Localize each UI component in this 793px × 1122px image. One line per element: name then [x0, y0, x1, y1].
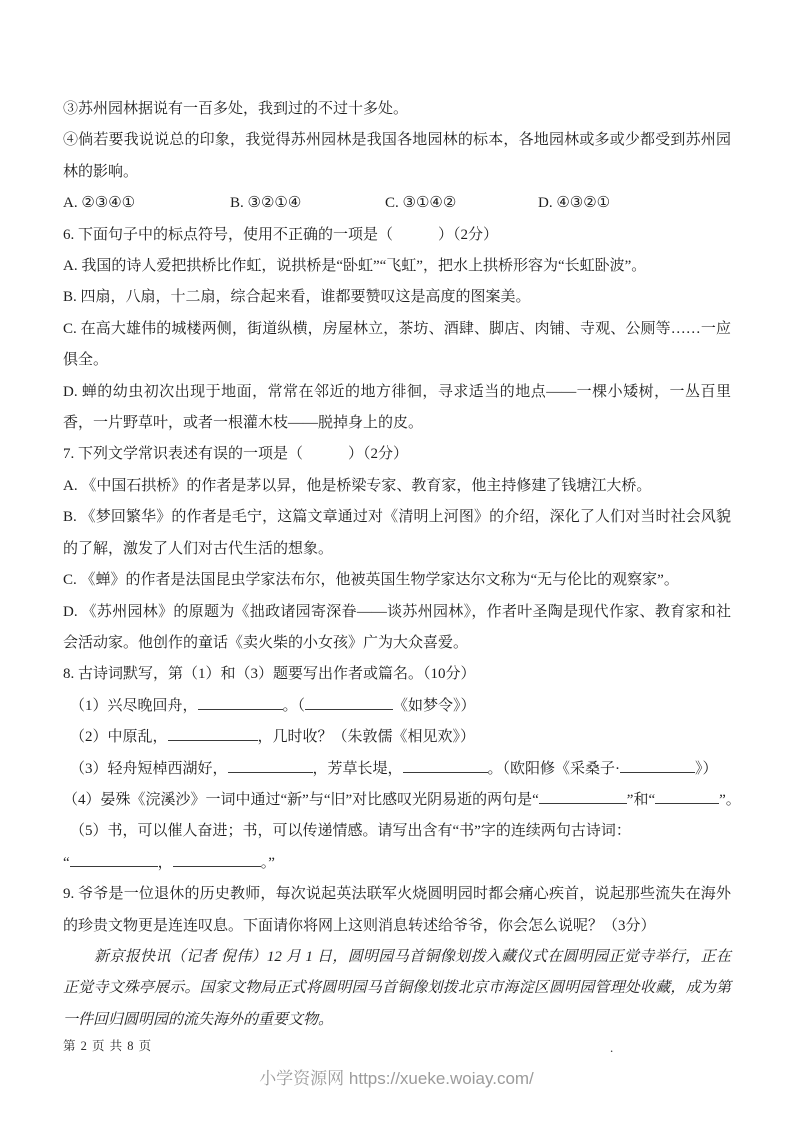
- answer-blank: [70, 851, 158, 867]
- text-run: （3）轻舟短棹西湖好，: [70, 761, 228, 777]
- text-run: D. 《苏州园林》的原题为《拙政诸园寄深眷——谈苏州园林》，作者叶圣陶是现代作家…: [63, 604, 731, 651]
- q6-stem: 6. 下面句子中的标点符号，使用不正确的一项是（ ）（2分）: [63, 220, 731, 251]
- text-run: ，几时收？（朱敦儒《相见欢》）: [258, 729, 476, 745]
- stray-dot-mark: .: [610, 1040, 613, 1056]
- q7-stem: 7. 下列文学常识表述有误的一项是（ ）（2分）: [63, 439, 731, 470]
- q8-item-4: （4）晏殊《浣溪沙》一词中通过“新”与“旧”对比感叹光阴易逝的两句是“”和“”。: [63, 785, 731, 816]
- text-run: ③苏州园林据说有一百多处，我到过的不过十多处。: [63, 101, 408, 117]
- q8-item-2: （2）中原乱，，几时收？（朱敦儒《相见欢》）: [63, 722, 731, 753]
- text-run: 《如梦令》）: [393, 698, 476, 714]
- q8-item-1: （1）兴尽晚回舟，。（《如梦令》）: [63, 691, 731, 722]
- text-run: 。（欧阳修《采桑子·: [488, 761, 621, 777]
- text-run: D. 蝉的幼虫初次出现于地面，常常在邻近的地方徘徊，寻求适当的地点——一棵小矮树…: [63, 384, 731, 431]
- q9-stem: 9. 爷爷是一位退休的历史教师，每次说起英法联军火烧圆明园时都会痛心疾首，说起那…: [63, 879, 731, 942]
- answer-blank: [403, 757, 488, 773]
- text-run: （4）晏殊《浣溪沙》一词中通过“新”与“旧”对比感叹光阴易逝的两句是“: [63, 792, 539, 808]
- text-run: B. 四扇，八扇，十二扇，综合起来看，谁都要赞叹这是高度的图案美。: [63, 289, 531, 305]
- text-run: 6. 下面句子中的标点符号，使用不正确的一项是（ ）（2分）: [63, 227, 498, 243]
- q7-option-c: C. 《蝉》的作者是法国昆虫学家法布尔，他被英国生物学家达尔文称为“无与伦比的观…: [63, 565, 731, 596]
- answer-blank: [173, 851, 261, 867]
- exam-paper-page: ③苏州园林据说有一百多处，我到过的不过十多处。④倘若要我说说总的印象，我觉得苏州…: [0, 0, 793, 1122]
- text-run: 新京报快讯（记者 倪伟）12 月 1 日，圆明园马首铜像划拨入藏仪式在圆明园正觉…: [63, 949, 731, 1028]
- q8-item-5-answer-line: “，。”: [63, 848, 731, 879]
- page-number-text: 第 2 页 共 8 页: [63, 1039, 152, 1053]
- q8-item-3: （3）轻舟短棹西湖好，，芳草长堤，。（欧阳修《采桑子·》）: [63, 754, 731, 785]
- text-run: A. 我国的诗人爱把拱桥比作虹，说拱桥是“卧虹”“飞虹”，把水上拱桥形容为“长虹…: [63, 258, 646, 274]
- text-run: B. 《梦回繁华》的作者是毛宁，这篇文章通过对《清明上河图》的介绍，深化了人们对…: [63, 509, 731, 556]
- q9-news-excerpt: 新京报快讯（记者 倪伟）12 月 1 日，圆明园马首铜像划拨入藏仪式在圆明园正觉…: [63, 942, 731, 1036]
- q7-option-b: B. 《梦回繁华》的作者是毛宁，这篇文章通过对《清明上河图》的介绍，深化了人们对…: [63, 502, 731, 565]
- q8-item-5: （5）书，可以催人奋进；书，可以传递情感。请写出含有“书”字的连续两句古诗词：: [63, 816, 731, 847]
- watermark-text: 小学资源网 https://xueke.woiay.com/: [259, 1069, 534, 1088]
- text-run: 8. 古诗词默写，第（1）和（3）题要写出作者或篇名。（10分）: [63, 666, 476, 682]
- text-run: C. 在高大雄伟的城楼两侧，街道纵横，房屋林立，茶坊、酒肆、脚店、肉铺、寺观、公…: [63, 321, 731, 368]
- watermark: 小学资源网 https://xueke.woiay.com/: [0, 1064, 793, 1089]
- q6-option-d: D. 蝉的幼虫初次出现于地面，常常在邻近的地方徘徊，寻求适当的地点——一棵小矮树…: [63, 377, 731, 440]
- q6-option-b: B. 四扇，八扇，十二扇，综合起来看，谁都要赞叹这是高度的图案美。: [63, 282, 731, 313]
- page-footer: 第 2 页 共 8 页: [63, 1036, 152, 1054]
- q5-options-row: A. ②③④①B. ③②①④C. ③①④②D. ④③②①: [63, 188, 731, 219]
- answer-blank: [305, 694, 393, 710]
- text-run: ”和“: [627, 792, 655, 808]
- text-run: “: [63, 855, 70, 871]
- sentence-4: ④倘若要我说说总的印象，我觉得苏州园林是我国各地园林的标本，各地园林或多或少都受…: [63, 125, 731, 188]
- document-content: ③苏州园林据说有一百多处，我到过的不过十多处。④倘若要我说说总的印象，我觉得苏州…: [63, 94, 731, 1036]
- answer-blank: [168, 725, 258, 741]
- text-run: 9. 爷爷是一位退休的历史教师，每次说起英法联军火烧圆明园时都会痛心疾首，说起那…: [63, 886, 731, 933]
- text-run: 。（: [283, 698, 306, 714]
- text-run: ，芳草长堤，: [313, 761, 403, 777]
- q7-option-a: A. 《中国石拱桥》的作者是茅以昇，他是桥梁专家、教育家，他主持修建了钱塘江大桥…: [63, 471, 731, 502]
- text-run: （5）书，可以催人奋进；书，可以传递情感。请写出含有“书”字的连续两句古诗词：: [70, 823, 631, 839]
- q8-stem: 8. 古诗词默写，第（1）和（3）题要写出作者或篇名。（10分）: [63, 659, 731, 690]
- text-run: 》）: [695, 761, 718, 777]
- text-run: ④倘若要我说说总的印象，我觉得苏州园林是我国各地园林的标本，各地园林或多或少都受…: [63, 132, 731, 179]
- q6-option-c: C. 在高大雄伟的城楼两侧，街道纵横，房屋林立，茶坊、酒肆、脚店、肉铺、寺观、公…: [63, 314, 731, 377]
- answer-blank: [620, 757, 695, 773]
- text-run: A. 《中国石拱桥》的作者是茅以昇，他是桥梁专家、教育家，他主持修建了钱塘江大桥…: [63, 478, 651, 494]
- text-run: （1）兴尽晚回舟，: [70, 698, 198, 714]
- q5-option-d: D. ④③②①: [538, 195, 610, 211]
- sentence-3: ③苏州园林据说有一百多处，我到过的不过十多处。: [63, 94, 731, 125]
- text-run: （2）中原乱，: [70, 729, 168, 745]
- q5-option-a: A. ②③④①: [63, 188, 230, 219]
- answer-blank: [228, 757, 313, 773]
- answer-blank: [655, 788, 719, 804]
- q5-option-b: B. ③②①④: [230, 188, 385, 219]
- q6-option-a: A. 我国的诗人爱把拱桥比作虹，说拱桥是“卧虹”“飞虹”，把水上拱桥形容为“长虹…: [63, 251, 731, 282]
- answer-blank: [539, 788, 627, 804]
- text-run: ，: [158, 855, 173, 871]
- q5-option-c: C. ③①④②: [385, 188, 538, 219]
- text-run: 7. 下列文学常识表述有误的一项是（ ）（2分）: [63, 446, 408, 462]
- text-run: 。”: [261, 855, 275, 871]
- text-run: C. 《蝉》的作者是法国昆虫学家法布尔，他被英国生物学家达尔文称为“无与伦比的观…: [63, 572, 679, 588]
- q7-option-d: D. 《苏州园林》的原题为《拙政诸园寄深眷——谈苏州园林》，作者叶圣陶是现代作家…: [63, 597, 731, 660]
- answer-blank: [198, 694, 283, 710]
- text-run: ”。: [719, 792, 741, 808]
